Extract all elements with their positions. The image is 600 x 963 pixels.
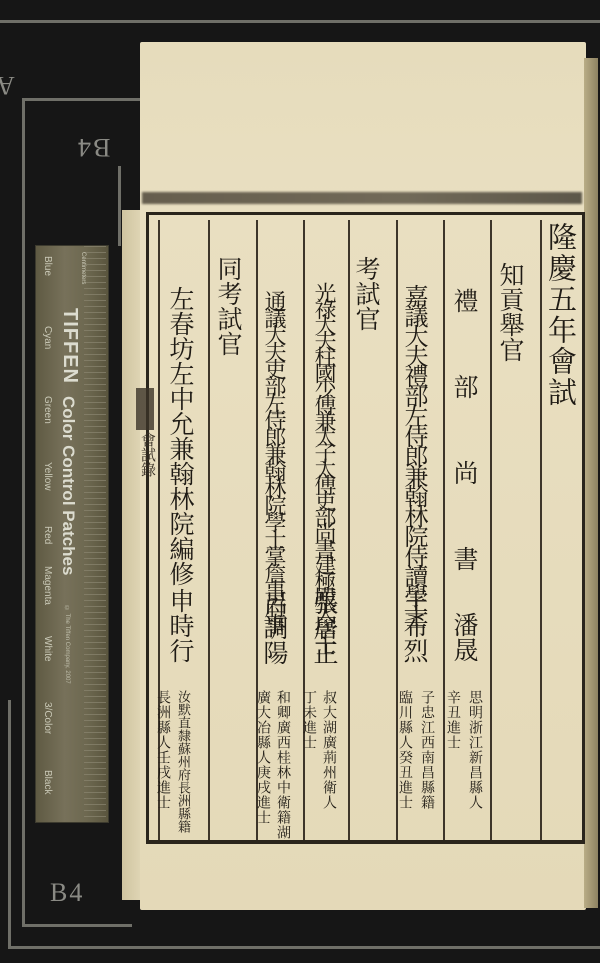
patch-label-yellow: Yellow bbox=[42, 462, 53, 491]
patch-label-cyan: Cyan bbox=[42, 326, 53, 349]
frame-line-inner-top bbox=[22, 98, 142, 101]
entry-note: 叔大湖廣荊州衛人 bbox=[322, 690, 336, 810]
entry-note: 和卿廣西桂林中衛籍湖 bbox=[276, 690, 290, 840]
patch-label-3color: 3/Color bbox=[42, 702, 53, 734]
entry-note: 思明浙江新昌縣人 bbox=[468, 690, 482, 810]
patch-label-black: Black bbox=[42, 770, 53, 794]
entry-note: 辛丑進士 bbox=[446, 690, 460, 750]
fold-mark bbox=[136, 388, 154, 430]
copyright-text: © The Tiffen Company, 2007 bbox=[64, 606, 70, 684]
section-heading-associate-examiner: 同考試官 bbox=[216, 256, 241, 356]
frame-line-top bbox=[0, 20, 600, 23]
frame-line-outer-left bbox=[8, 700, 11, 948]
entry-name: 潘晟 bbox=[452, 612, 477, 662]
page-border-left bbox=[146, 212, 149, 844]
entry-name: 王希烈 bbox=[402, 588, 427, 663]
entry-office: 左春坊左中允兼翰林院編修 bbox=[168, 286, 193, 586]
section-heading-examiner: 考試官 bbox=[354, 256, 379, 331]
entry-note: 廣大冶縣人庚戌進士 bbox=[256, 690, 270, 825]
patch-label-blue: Blue bbox=[42, 256, 53, 276]
ruler-scale bbox=[84, 246, 106, 822]
entry-note: 汝默直隸蘇州府長洲縣籍 bbox=[176, 690, 189, 833]
frame-line-bottom-inner bbox=[22, 924, 132, 927]
backdrop-label-a: A bbox=[0, 70, 15, 100]
patch-label-red: Red bbox=[42, 526, 53, 544]
patch-label-green: Green bbox=[42, 396, 53, 424]
entry-note: 子忠江西南昌縣籍 bbox=[420, 690, 434, 810]
entry-name: 張居正 bbox=[312, 590, 337, 665]
section-heading-chief-examiner: 知貢舉官 bbox=[498, 262, 523, 362]
patch-label-magenta: Magenta bbox=[42, 566, 53, 605]
entry-note: 丁未進士 bbox=[302, 690, 316, 750]
entry-name: 申時行 bbox=[168, 588, 193, 663]
entry-office: 通議大夫吏部左侍郎兼翰林院學士掌詹事府事 bbox=[262, 290, 284, 630]
frame-line-bottom bbox=[8, 946, 600, 949]
column-rule bbox=[348, 220, 350, 840]
entry-office: 嘉議大夫禮部左侍郎兼翰林院侍讀學士 bbox=[402, 284, 426, 624]
margin-label: 會試錄 bbox=[138, 432, 159, 477]
backdrop-label-b4-upper: B4 bbox=[76, 132, 110, 162]
entry-office: 禮 部 尚 書 bbox=[452, 288, 477, 589]
brand-logo: TIFFEN bbox=[58, 308, 81, 384]
page-border-top bbox=[148, 212, 584, 215]
units-label: Centimeters bbox=[80, 252, 86, 284]
document-title: 隆慶五年會試 bbox=[546, 222, 575, 408]
ink-smear bbox=[142, 192, 582, 204]
book-page bbox=[140, 42, 586, 910]
column-rule bbox=[490, 220, 492, 840]
backdrop-label-b4-lower: B4 bbox=[50, 878, 84, 908]
color-control-strip: Centimeters TIFFEN Color Control Patches… bbox=[36, 246, 108, 822]
frame-line-small-box bbox=[118, 166, 121, 246]
page-border-bottom bbox=[148, 840, 584, 844]
entry-note: 臨川縣人癸丑進士 bbox=[398, 690, 412, 810]
column-rule bbox=[540, 220, 542, 840]
page-right-edge bbox=[584, 58, 598, 908]
entry-note: 長洲縣人壬戌進士 bbox=[156, 690, 170, 810]
product-name: Color Control Patches bbox=[58, 396, 78, 575]
entry-name: 呂調陽 bbox=[262, 590, 287, 665]
page-border-right bbox=[582, 212, 585, 844]
patch-label-white: White bbox=[42, 636, 53, 662]
column-rule bbox=[208, 220, 210, 840]
frame-line-inner-left bbox=[22, 98, 25, 926]
